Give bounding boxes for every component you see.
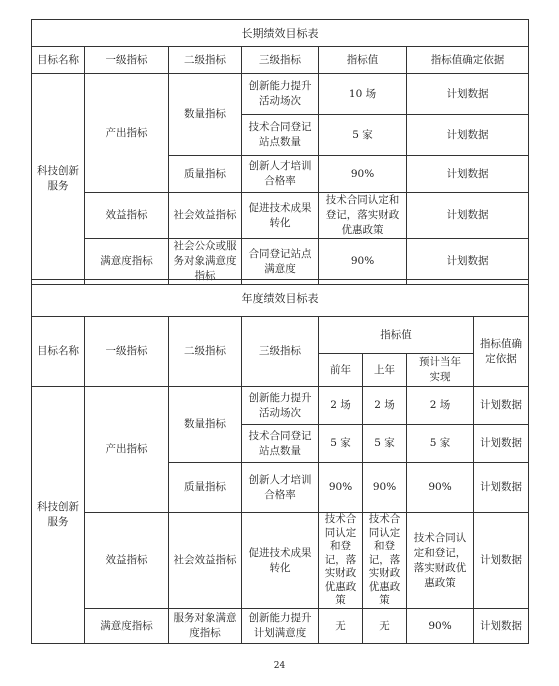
expected-cell: 5 家 xyxy=(407,425,474,463)
prev-year-cell: 2 场 xyxy=(319,387,363,425)
last-year-cell: 技术合同认定和登记，落实财政优惠政策 xyxy=(363,513,407,609)
basis-cell: 计划数据 xyxy=(474,513,529,609)
header-basis: 指标值确定依据 xyxy=(407,47,529,74)
level3-cell: 创新能力提升计划满意度 xyxy=(242,609,319,644)
last-year-cell: 90% xyxy=(363,463,407,513)
header-basis: 指标值确定依据 xyxy=(474,317,529,387)
header-last-year: 上年 xyxy=(363,354,407,387)
table-title: 年度绩效目标表 xyxy=(32,280,529,317)
header-level1: 一级指标 xyxy=(85,47,169,74)
value-cell: 90% xyxy=(319,239,407,285)
basis-cell: 计划数据 xyxy=(407,156,529,193)
value-cell: 技术合同认定和登记，落实财政优惠政策 xyxy=(319,193,407,239)
value-cell: 10 场 xyxy=(319,74,407,115)
header-goal-name: 目标名称 xyxy=(32,317,85,387)
header-level2: 二级指标 xyxy=(169,317,242,387)
prev-year-cell: 无 xyxy=(319,609,363,644)
level2-cell: 数量指标 xyxy=(169,387,242,463)
annual-performance-table: 年度绩效目标表 目标名称 一级指标 二级指标 三级指标 指标值 指标值确定依据 … xyxy=(31,279,529,644)
level1-cell: 满意度指标 xyxy=(85,609,169,644)
level3-cell: 创新能力提升活动场次 xyxy=(242,387,319,425)
level2-cell: 社会公众或服务对象满意度指标 xyxy=(169,239,242,285)
level2-cell: 数量指标 xyxy=(169,74,242,156)
expected-cell: 技术合同认定和登记，落实财政优惠政策 xyxy=(407,513,474,609)
header-value-group: 指标值 xyxy=(319,317,474,354)
value-cell: 5 家 xyxy=(319,115,407,156)
goal-name-cell: 科技创新服务 xyxy=(32,74,85,285)
header-level3: 三级指标 xyxy=(242,47,319,74)
page-number: 24 xyxy=(0,661,559,671)
basis-cell: 计划数据 xyxy=(407,115,529,156)
header-level1: 一级指标 xyxy=(85,317,169,387)
level1-cell: 效益指标 xyxy=(85,193,169,239)
goal-name-cell: 科技创新服务 xyxy=(32,387,85,644)
level1-cell: 产出指标 xyxy=(85,74,169,193)
header-value: 指标值 xyxy=(319,47,407,74)
basis-cell: 计划数据 xyxy=(474,387,529,425)
table-row: 满意度指标 服务对象满意度指标 创新能力提升计划满意度 无 无 90% 计划数据 xyxy=(32,609,529,644)
level2-cell: 质量指标 xyxy=(169,156,242,193)
prev-year-cell: 90% xyxy=(319,463,363,513)
level3-cell: 促进技术成果转化 xyxy=(242,513,319,609)
level3-cell: 创新人才培训合格率 xyxy=(242,463,319,513)
table-row: 效益指标 社会效益指标 促进技术成果转化 技术合同认定和登记，落实财政优惠政策 … xyxy=(32,513,529,609)
level1-cell: 效益指标 xyxy=(85,513,169,609)
prev-year-cell: 技术合同认定和登记，落实财政优惠政策 xyxy=(319,513,363,609)
header-level3: 三级指标 xyxy=(242,317,319,387)
level2-cell: 社会效益指标 xyxy=(169,193,242,239)
header-expected: 预计当年实现 xyxy=(407,354,474,387)
value-cell: 90% xyxy=(319,156,407,193)
level2-cell: 社会效益指标 xyxy=(169,513,242,609)
expected-cell: 90% xyxy=(407,463,474,513)
level3-cell: 合同登记站点满意度 xyxy=(242,239,319,285)
prev-year-cell: 5 家 xyxy=(319,425,363,463)
table-row: 科技创新服务 产出指标 数量指标 创新能力提升活动场次 2 场 2 场 2 场 … xyxy=(32,387,529,425)
expected-cell: 2 场 xyxy=(407,387,474,425)
last-year-cell: 5 家 xyxy=(363,425,407,463)
level2-cell: 质量指标 xyxy=(169,463,242,513)
level2-cell: 服务对象满意度指标 xyxy=(169,609,242,644)
basis-cell: 计划数据 xyxy=(474,609,529,644)
header-goal-name: 目标名称 xyxy=(32,47,85,74)
table-row: 科技创新服务 产出指标 数量指标 创新能力提升活动场次 10 场 计划数据 xyxy=(32,74,529,115)
table-row: 满意度指标 社会公众或服务对象满意度指标 合同登记站点满意度 90% 计划数据 xyxy=(32,239,529,285)
level3-cell: 创新人才培训合格率 xyxy=(242,156,319,193)
basis-cell: 计划数据 xyxy=(474,463,529,513)
level1-cell: 产出指标 xyxy=(85,387,169,513)
level3-cell: 技术合同登记站点数量 xyxy=(242,115,319,156)
level3-cell: 创新能力提升活动场次 xyxy=(242,74,319,115)
level1-cell: 满意度指标 xyxy=(85,239,169,285)
long-term-performance-table: 长期绩效目标表 目标名称 一级指标 二级指标 三级指标 指标值 指标值确定依据 … xyxy=(31,19,529,285)
table-title: 长期绩效目标表 xyxy=(32,20,529,47)
last-year-cell: 无 xyxy=(363,609,407,644)
level3-cell: 技术合同登记站点数量 xyxy=(242,425,319,463)
header-prev-year: 前年 xyxy=(319,354,363,387)
basis-cell: 计划数据 xyxy=(407,239,529,285)
header-level2: 二级指标 xyxy=(169,47,242,74)
last-year-cell: 2 场 xyxy=(363,387,407,425)
level3-cell: 促进技术成果转化 xyxy=(242,193,319,239)
table-row: 效益指标 社会效益指标 促进技术成果转化 技术合同认定和登记，落实财政优惠政策 … xyxy=(32,193,529,239)
basis-cell: 计划数据 xyxy=(474,425,529,463)
expected-cell: 90% xyxy=(407,609,474,644)
basis-cell: 计划数据 xyxy=(407,193,529,239)
basis-cell: 计划数据 xyxy=(407,74,529,115)
